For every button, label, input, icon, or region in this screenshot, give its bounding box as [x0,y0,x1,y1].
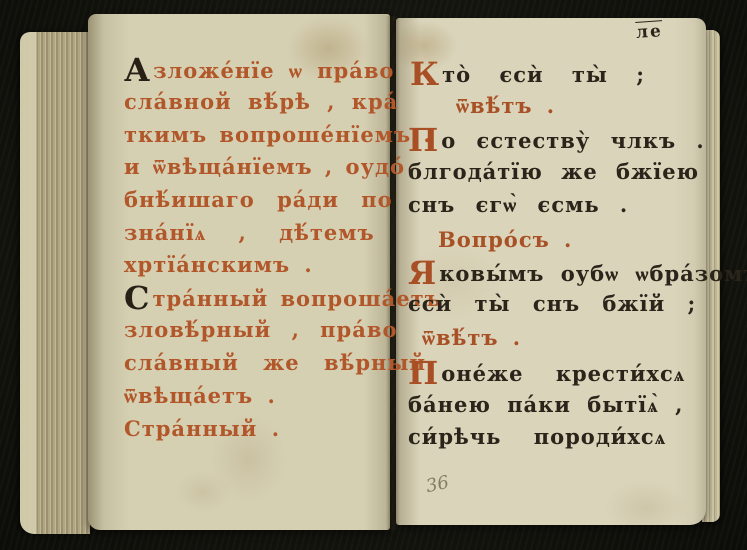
text-line: По єстеству̀ члкъ . [408,128,705,154]
text-line: хртїа́нскимъ . [124,254,313,275]
text-line: Яковы́мъ оубѡ ѡбра́зомъ [408,261,747,287]
drop-cap-initial: П [408,121,439,159]
text-line: ткимъ вопроше́нїемъ . [124,124,432,145]
line-text: о єстеству̀ члкъ . [441,128,704,153]
line-text: зна́нїѧ , дѣ́темъ [124,220,375,245]
section-heading-answer: ѿвѣ́тъ . [422,327,521,348]
line-text: и ѿвѣща́нїемъ , оудо́ [124,154,405,179]
text-line: Азложе́нїе ѡ пра́во [124,58,394,84]
line-text: ѿвѣ́тъ . [422,325,521,350]
line-text: сла́вный же вѣ́рный [124,350,426,375]
line-text: бнѣ́ишаго ра́ди по [124,187,393,212]
line-text: ба́нею па́ки бытїѧ̀ , [408,392,683,417]
line-text: зловѣ́рный , пра́во [124,317,397,342]
line-text: Стра́нный . [124,416,280,441]
text-line: сла́вной вѣ́рѣ , кра́ [124,91,398,112]
line-text: то̀ єсѝ ты̀ ; [442,62,645,87]
text-line: снъ єгѡ̀ єсмь . [408,194,628,215]
line-text: сла́вной вѣ́рѣ , кра́ [124,89,398,114]
drop-cap-initial: С [124,279,150,317]
book-photograph: ле 36 Азложе́нїе ѡ пра́во сла́вной вѣ́рѣ… [0,0,747,550]
text-line: и ѿвѣща́нїемъ , оудо́ [124,156,405,177]
folio-number: ле [635,21,663,43]
text-line: блгода́тїю же бжїею [408,161,699,182]
line-text: блгода́тїю же бжїею [408,159,699,184]
text-line: сла́вный же вѣ́рный [124,352,426,373]
text-line: єсѝ ты̀ снъ бжїй ; [408,293,696,314]
drop-cap-initial: К [410,55,440,93]
section-heading-question: Вопро́съ . [438,229,572,250]
line-text: ѿвѣща́етъ . [124,383,276,408]
text-line: зловѣ́рный , пра́во [124,319,397,340]
line-text: зложе́нїе ѡ пра́во [153,58,394,83]
line-text: тра́нный вопроша́етъ [152,286,441,311]
line-text: хртїа́нскимъ . [124,252,313,277]
drop-cap-initial: А [124,51,151,89]
section-heading-answer: ѿвѣ́тъ . [456,95,555,116]
drop-cap-initial: П [408,354,439,392]
text-line: ба́нею па́ки бытїѧ̀ , [408,394,683,415]
text-line: Стра́нный вопроша́етъ [124,286,442,312]
line-text: ковы́мъ оубѡ ѡбра́зомъ [439,261,747,286]
text-line: зна́нїѧ , дѣ́темъ [124,222,375,243]
line-text: ѿвѣ́тъ . [456,93,555,118]
text-line: Стра́нный . [124,418,280,439]
page-stack-left-edge [20,32,90,534]
text-line: Кто̀ єсѝ ты̀ ; [410,62,645,88]
line-text: снъ єгѡ̀ єсмь . [408,192,628,217]
line-text: ткимъ вопроше́нїемъ . [124,122,432,147]
text-line: Поне́же крести́хсѧ [408,361,685,387]
text-line: бнѣ́ишаго ра́ди по [124,189,393,210]
line-text: Вопро́съ . [438,227,572,252]
text-line: си́рѣчь породи́хсѧ [408,426,666,447]
line-text: си́рѣчь породи́хсѧ [408,424,666,449]
drop-cap-initial: Я [408,254,437,292]
line-text: оне́же крести́хсѧ [441,361,685,386]
text-line: ѿвѣща́етъ . [124,385,276,406]
line-text: єсѝ ты̀ снъ бжїй ; [408,291,696,316]
